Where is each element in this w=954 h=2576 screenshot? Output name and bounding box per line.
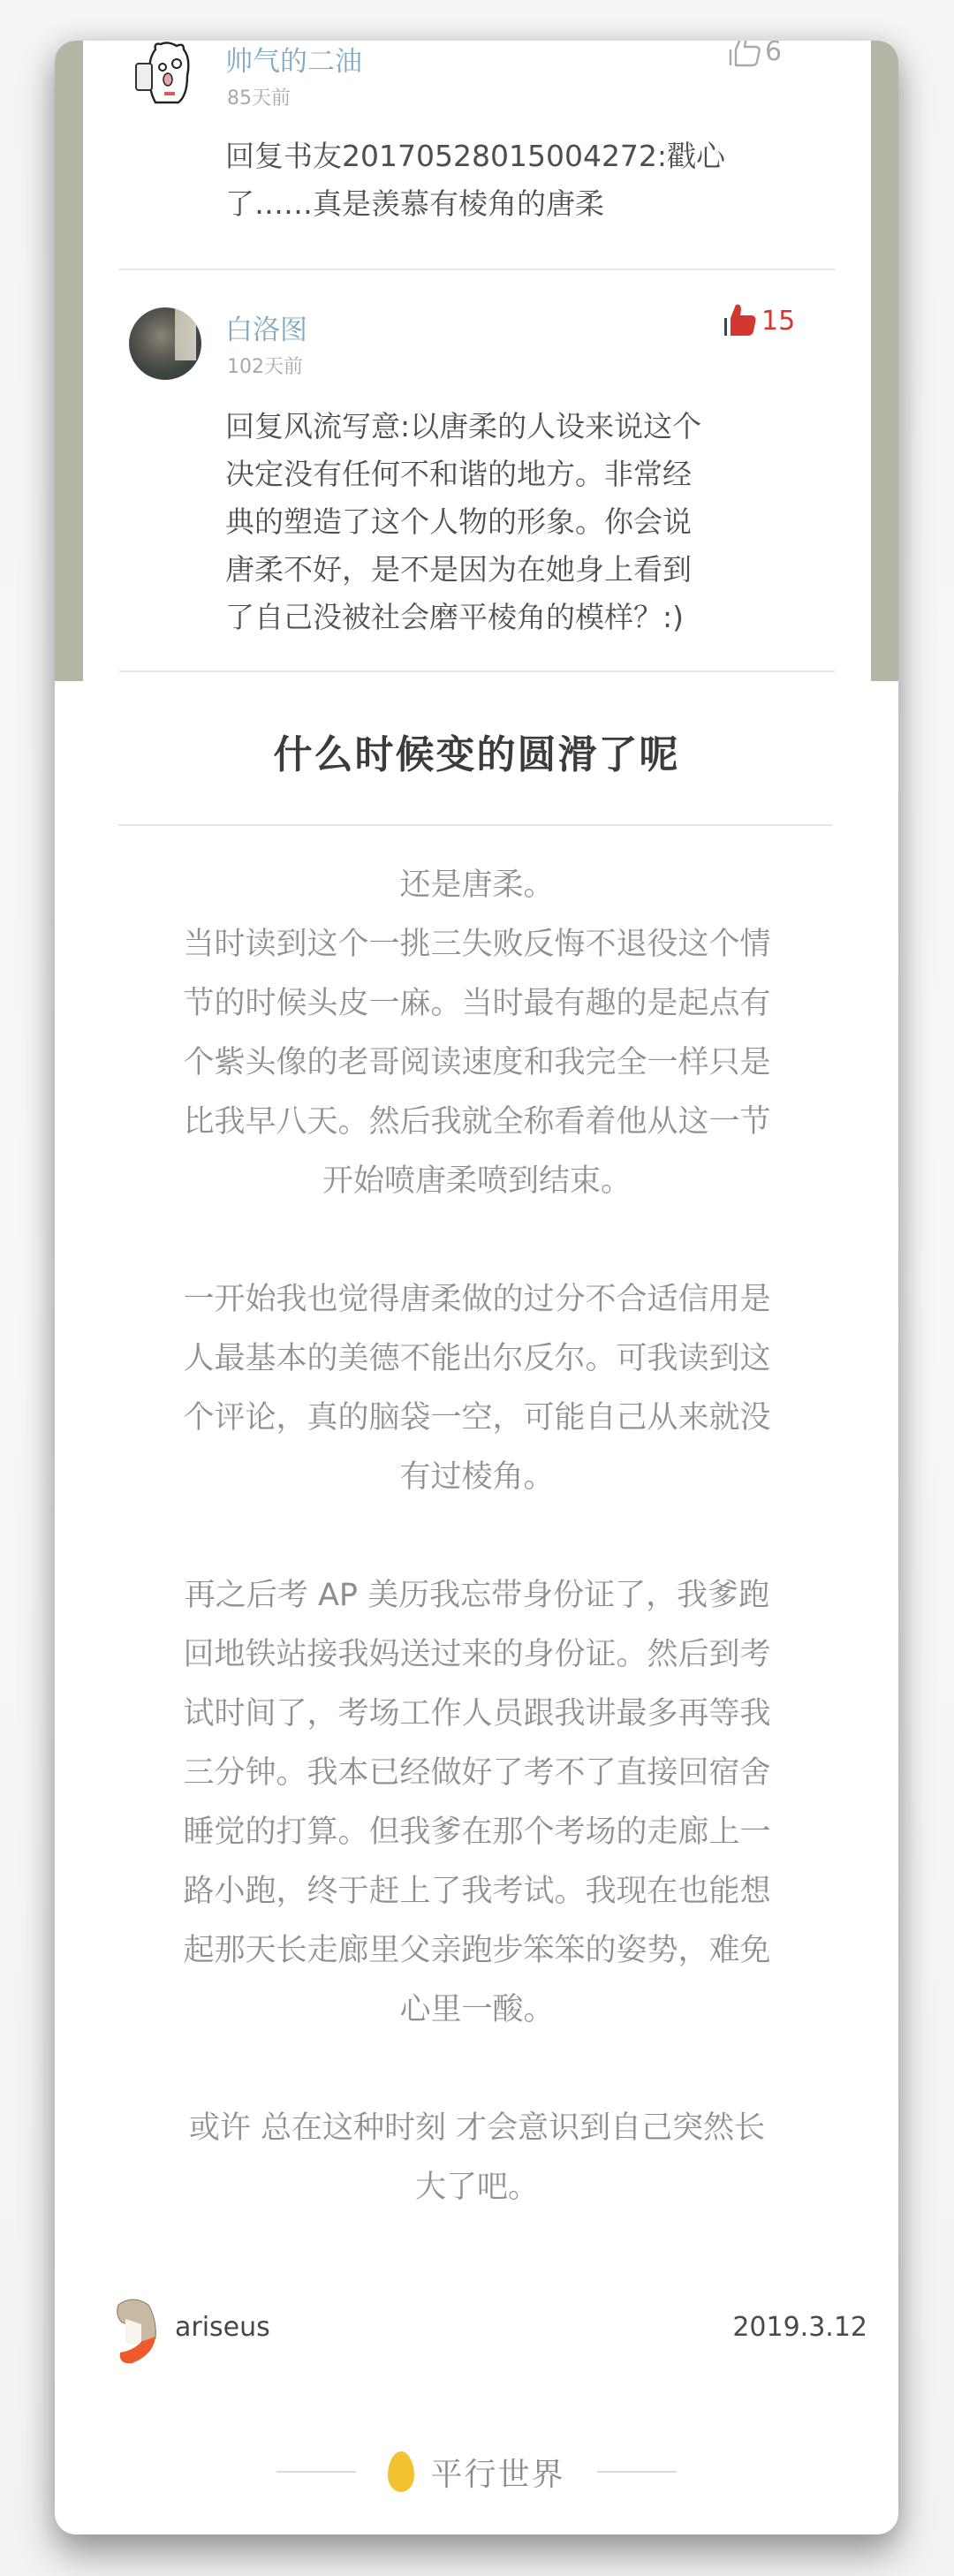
paragraph-gap xyxy=(132,1211,821,1270)
thumbs-up-filled-icon xyxy=(723,302,758,339)
author-avatar-icon xyxy=(106,2296,164,2367)
comment-body-line: 典的塑造了这个人物的形象。你会说 xyxy=(225,498,791,546)
comment-time: 102天前 xyxy=(227,352,303,379)
egg-icon xyxy=(388,2451,414,2492)
paragraph-line: 睡觉的打算。但我爹在那个考场的走廊上一 xyxy=(132,1803,821,1862)
comment-body-line: 回复风流写意:以唐柔的人设来说这个 xyxy=(225,403,791,451)
comment-time: 85天前 xyxy=(227,83,291,110)
comment-body: 回复书友20170528015004272:戳心 了……真是羡慕有棱角的唐柔 xyxy=(225,133,791,228)
footer-line-right xyxy=(597,2471,677,2473)
like-count: 15 xyxy=(761,306,795,337)
publish-date: 2019.3.12 xyxy=(732,2312,867,2343)
paragraph-line: 再之后考 AP 美历我忘带身份证了，我爹跑 xyxy=(132,1566,821,1625)
paragraph: 一开始我也觉得唐柔做的过分不合适信用是 人最基本的美德不能出尔反尔。可我读到这 … xyxy=(132,1270,821,1507)
paragraph-line: 试时间了，考场工作人员跟我讲最多再等我 xyxy=(132,1685,821,1744)
comment-body-line: 决定没有任何不和谐的地方。非常经 xyxy=(225,451,791,498)
paragraph-line: 当时读到这个一挑三失败反悔不退役这个情 xyxy=(132,915,821,974)
comments-frame: 帅气的二油 85天前 6 回复书友20170528015004272:戳心 了…… xyxy=(55,41,898,681)
comment-divider xyxy=(119,671,835,672)
paragraph-line: 还是唐柔。 xyxy=(132,856,821,915)
paragraph-line: 路小跑，终于赶上了我考试。我现在也能想 xyxy=(132,1862,821,1921)
author-avatar[interactable] xyxy=(106,2296,164,2367)
paragraph: 或许 总在这种时刻 才会意识到自己突然长 大了吧。 xyxy=(132,2099,821,2217)
comment-username[interactable]: 帅气的二油 xyxy=(225,41,362,79)
paragraph-line: 心里一酸。 xyxy=(132,1981,821,2040)
paragraph-line: 回地铁站接我妈送过来的身份证。然后到考 xyxy=(132,1625,821,1685)
thumbs-up-outline-icon xyxy=(728,41,761,69)
paragraph-line: 起那天长走廊里父亲跑步笨笨的姿势，难免 xyxy=(132,1921,821,1981)
comment-divider xyxy=(119,269,835,270)
paragraph-line: 三分钟。我本已经做好了考不了直接回宿舍 xyxy=(132,1744,821,1803)
author-name[interactable]: ariseus xyxy=(175,2312,270,2343)
author-row: ariseus 2019.3.12 xyxy=(106,2296,867,2367)
brand-label: 平行世界 xyxy=(430,2450,564,2495)
comment-body-line: 回复书友20170528015004272:戳心 xyxy=(225,133,791,180)
article-body: 还是唐柔。 当时读到这个一挑三失败反悔不退役这个情 节的时候头皮一麻。当时最有趣… xyxy=(132,856,821,2217)
paragraph-line: 有过棱角。 xyxy=(132,1448,821,1507)
comment-body-line: 了自己没被社会磨平棱角的模样？:) xyxy=(225,594,791,641)
footer-line-left xyxy=(276,2471,356,2473)
like-button[interactable]: 15 xyxy=(723,302,795,339)
article-title: 什么时候变的圆滑了呢 xyxy=(55,723,898,779)
like-count: 6 xyxy=(765,41,782,67)
paragraph: 再之后考 AP 美历我忘带身份证了，我爹跑 回地铁站接我妈送过来的身份证。然后到… xyxy=(132,1566,821,2040)
title-divider xyxy=(118,824,832,826)
paragraph-line: 大了吧。 xyxy=(132,2158,821,2217)
paragraph-line: 节的时候头皮一麻。当时最有趣的是起点有 xyxy=(132,974,821,1034)
paragraph-line: 个评论，真的脑袋一空，可能自己从来就没 xyxy=(132,1389,821,1448)
paragraph: 还是唐柔。 当时读到这个一挑三失败反悔不退役这个情 节的时候头皮一麻。当时最有趣… xyxy=(132,856,821,1211)
avatar-photo[interactable] xyxy=(129,307,201,380)
paragraph-line: 人最基本的美德不能出尔反尔。可我读到这 xyxy=(132,1330,821,1389)
paragraph-line: 或许 总在这种时刻 才会意识到自己突然长 xyxy=(132,2099,821,2158)
avatar-bear[interactable] xyxy=(129,41,201,110)
like-button[interactable]: 6 xyxy=(728,41,782,69)
paragraph-line: 一开始我也觉得唐柔做的过分不合适信用是 xyxy=(132,1270,821,1330)
comment-body: 回复风流写意:以唐柔的人设来说这个 决定没有任何不和谐的地方。非常经 典的塑造了… xyxy=(225,403,791,641)
footer-brand: 平行世界 xyxy=(55,2445,898,2498)
paragraph-line: 开始喷唐柔喷到结束。 xyxy=(132,1152,821,1211)
bear-avatar-icon xyxy=(129,41,201,110)
comment-body-line: 唐柔不好，是不是因为在她身上看到 xyxy=(225,546,791,594)
brand-link[interactable]: 平行世界 xyxy=(388,2450,564,2495)
paragraph-line: 比我早八天。然后我就全称看着他从这一节 xyxy=(132,1093,821,1152)
comment-username[interactable]: 白洛图 xyxy=(225,307,307,347)
comment-body-line: 了……真是羡慕有棱角的唐柔 xyxy=(225,180,791,228)
comments-list: 帅气的二油 85天前 6 回复书友20170528015004272:戳心 了…… xyxy=(83,41,871,681)
paragraph-line: 个紫头像的老哥阅读速度和我完全一样只是 xyxy=(132,1034,821,1093)
share-card: 帅气的二油 85天前 6 回复书友20170528015004272:戳心 了…… xyxy=(55,41,898,2534)
paragraph-gap xyxy=(132,2040,821,2099)
paragraph-gap xyxy=(132,1507,821,1566)
